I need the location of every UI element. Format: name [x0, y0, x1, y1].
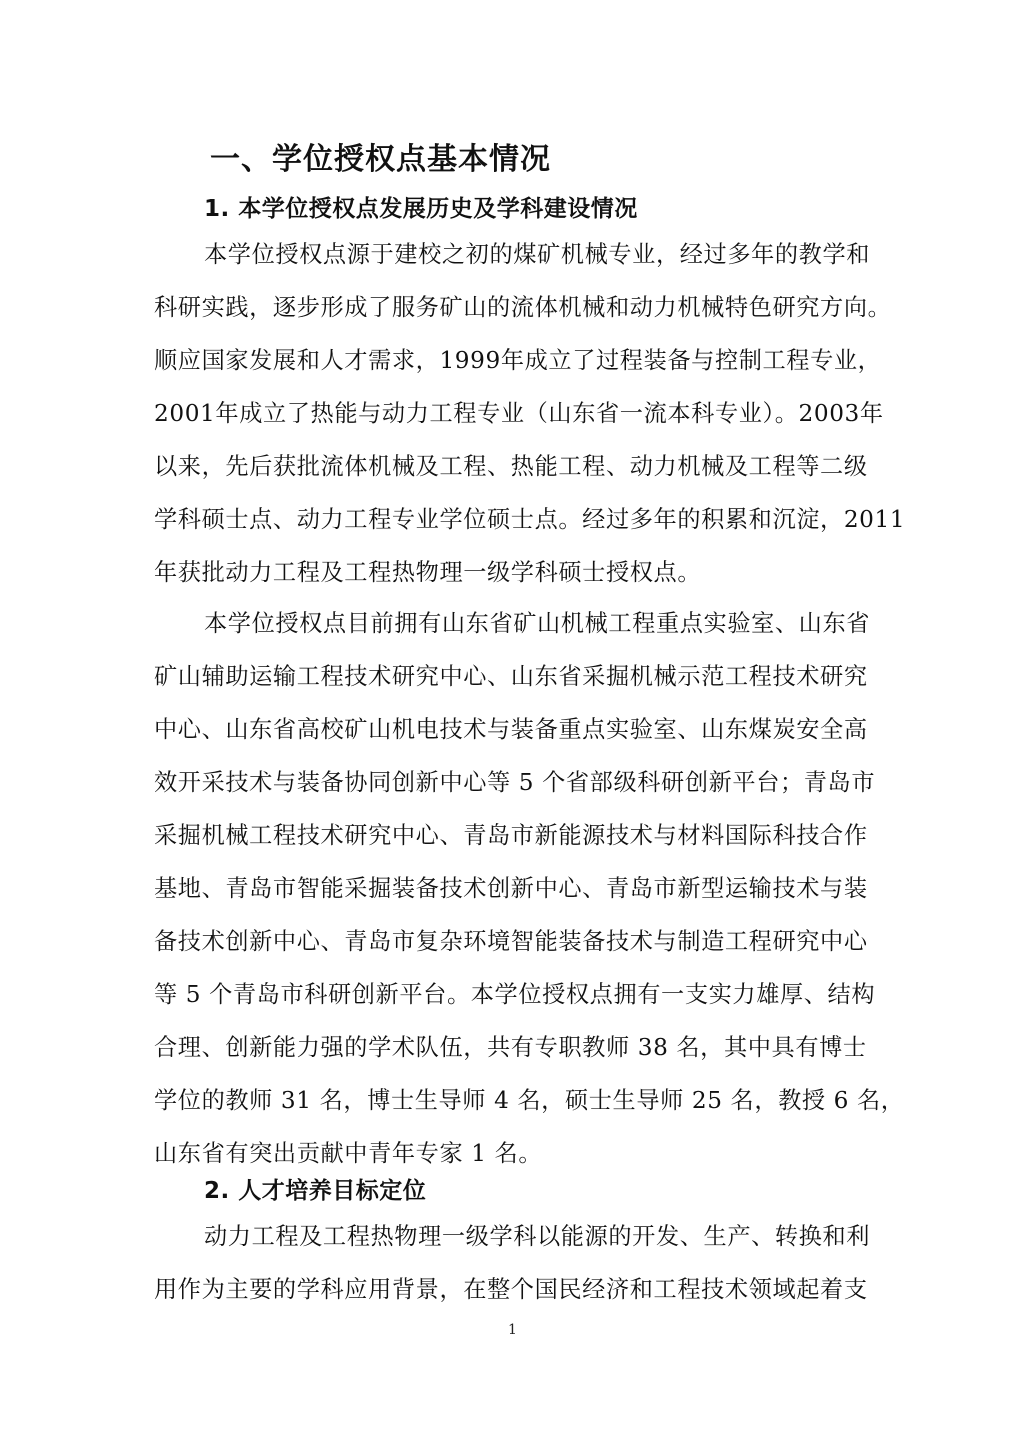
paragraph-line: 顺应国家发展和人才需求，1999年成立了过程装备与控制工程专业，: [154, 346, 874, 376]
paragraph-line: 备技术创新中心、青岛市复杂环境智能装备技术与制造工程研究中心: [154, 927, 874, 957]
paragraph-line: 科研实践，逐步形成了服务矿山的流体机械和动力机械特色研究方向。: [154, 293, 874, 323]
paragraph-line: 山东省有突出贡献中青年专家 1 名。: [154, 1139, 874, 1169]
paragraph-line: 基地、青岛市智能采掘装备技术创新中心、青岛市新型运输技术与装: [154, 874, 874, 904]
paragraph-line: 学位的教师 31 名，博士生导师 4 名，硕士生导师 25 名，教授 6 名，: [154, 1086, 874, 1116]
document-page: 一、学位授权点基本情况 1. 本学位授权点发展历史及学科建设情况 本学位授权点源…: [0, 0, 1024, 1448]
paragraph-line: 矿山辅助运输工程技术研究中心、山东省采掘机械示范工程技术研究: [154, 662, 874, 692]
paragraph-line: 2001年成立了热能与动力工程专业（山东省一流本科专业）。2003年: [154, 399, 874, 429]
paragraph-line: 等 5 个青岛市科研创新平台。本学位授权点拥有一支实力雄厚、结构: [154, 980, 874, 1010]
paragraph-line: 采掘机械工程技术研究中心、青岛市新能源技术与材料国际科技合作: [154, 821, 874, 851]
section-title: 一、学位授权点基本情况: [210, 134, 551, 178]
subsection-heading-2: 2. 人才培养目标定位: [204, 1172, 426, 1205]
paragraph-line: 年获批动力工程及工程热物理一级学科硕士授权点。: [154, 558, 874, 588]
paragraph-line: 合理、创新能力强的学术队伍，共有专职教师 38 名，其中具有博士: [154, 1033, 874, 1063]
paragraph-line: 中心、山东省高校矿山机电技术与装备重点实验室、山东煤炭安全高: [154, 715, 874, 745]
subsection-heading-1: 1. 本学位授权点发展历史及学科建设情况: [204, 190, 638, 223]
paragraph-line: 本学位授权点目前拥有山东省矿山机械工程重点实验室、山东省: [204, 609, 924, 639]
paragraph-line: 本学位授权点源于建校之初的煤矿机械专业，经过多年的教学和: [204, 240, 924, 270]
paragraph-line: 动力工程及工程热物理一级学科以能源的开发、生产、转换和利: [204, 1222, 924, 1252]
paragraph-line: 学科硕士点、动力工程专业学位硕士点。经过多年的积累和沉淀，2011: [154, 505, 874, 535]
paragraph-line: 效开采技术与装备协同创新中心等 5 个省部级科研创新平台；青岛市: [154, 768, 874, 798]
page-number: 1: [508, 1322, 517, 1338]
paragraph-line: 以来，先后获批流体机械及工程、热能工程、动力机械及工程等二级: [154, 452, 874, 482]
paragraph-line: 用作为主要的学科应用背景，在整个国民经济和工程技术领域起着支: [154, 1275, 874, 1305]
